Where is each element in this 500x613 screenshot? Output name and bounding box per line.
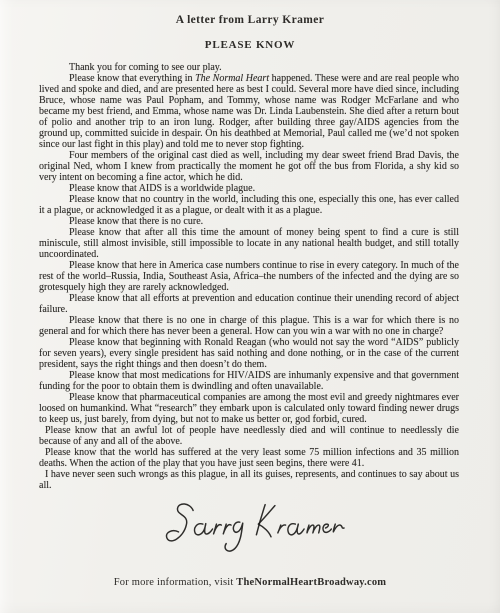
letter-body: Thank you for coming to see our play.Ple… — [39, 62, 459, 491]
paragraph-text: Please know that there is no cure. — [69, 216, 203, 227]
letter-paragraph: Please know that beginning with Ronald R… — [39, 337, 459, 370]
paragraph-text: happened. These were and are real people… — [39, 73, 459, 150]
paragraph-text: I have never seen such wrongs as this pl… — [39, 469, 459, 491]
paragraph-text: Please know that all efforts at preventi… — [39, 293, 459, 315]
paragraph-text: Please know that pharmaceutical companie… — [39, 392, 459, 425]
letter-paragraph: Please know that no country in the world… — [39, 194, 459, 216]
letter-title: A letter from Larry Kramer — [0, 14, 500, 26]
letter-paragraph: Please know that the world has suffered … — [39, 447, 459, 469]
footer-note: For more information, visit TheNormalHea… — [0, 577, 500, 588]
letter-paragraph: Please know that everything in The Norma… — [39, 73, 459, 150]
paragraph-text: Please know that an awful lot of people … — [39, 425, 459, 447]
letter-paragraph: Please know that AIDS is a worldwide pla… — [39, 183, 459, 194]
letter-paragraph: Please know that all efforts at preventi… — [39, 293, 459, 315]
paragraph-text: Please know that the world has suffered … — [39, 447, 459, 469]
letter-paragraph: Please know that pharmaceutical companie… — [39, 392, 459, 425]
signature — [160, 496, 345, 560]
letter-paragraph: Four members of the original cast died a… — [39, 150, 459, 183]
play-title-italic: The Normal Heart — [195, 73, 269, 84]
letter-paragraph: Thank you for coming to see our play. — [39, 62, 459, 73]
letter-paragraph: I have never seen such wrongs as this pl… — [39, 469, 459, 491]
letter-paragraph: Please know that most medications for HI… — [39, 370, 459, 392]
paragraph-text: Please know that beginning with Ronald R… — [39, 337, 459, 370]
letter-page: A letter from Larry Kramer PLEASE KNOW T… — [0, 0, 500, 613]
paragraph-text: Please know that here in America case nu… — [39, 260, 459, 293]
paragraph-text: Please know that no country in the world… — [39, 194, 459, 216]
letter-paragraph: Please know that an awful lot of people … — [39, 425, 459, 447]
paragraph-text: Thank you for coming to see our play. — [69, 62, 222, 73]
signature-handwriting-larry-kramer — [160, 496, 345, 560]
letter-paragraph: Please know that there is no cure. — [39, 216, 459, 227]
letter-paragraph: Please know that there is no one in char… — [39, 315, 459, 337]
letter-paragraph: Please know that here in America case nu… — [39, 260, 459, 293]
footer-website: TheNormalHeartBroadway.com — [236, 577, 386, 588]
paragraph-text: Please know that after all this time the… — [39, 227, 459, 260]
footer-text: For more information, visit — [114, 577, 237, 588]
paragraph-text: Four members of the original cast died a… — [39, 150, 459, 183]
paragraph-text: Please know that most medications for HI… — [39, 370, 459, 392]
paragraph-text: Please know that AIDS is a worldwide pla… — [69, 183, 255, 194]
letter-paragraph: Please know that after all this time the… — [39, 227, 459, 260]
paragraph-text: Please know that there is no one in char… — [39, 315, 459, 337]
paragraph-text: Please know that everything in — [69, 73, 195, 84]
letter-subtitle: PLEASE KNOW — [0, 39, 500, 51]
